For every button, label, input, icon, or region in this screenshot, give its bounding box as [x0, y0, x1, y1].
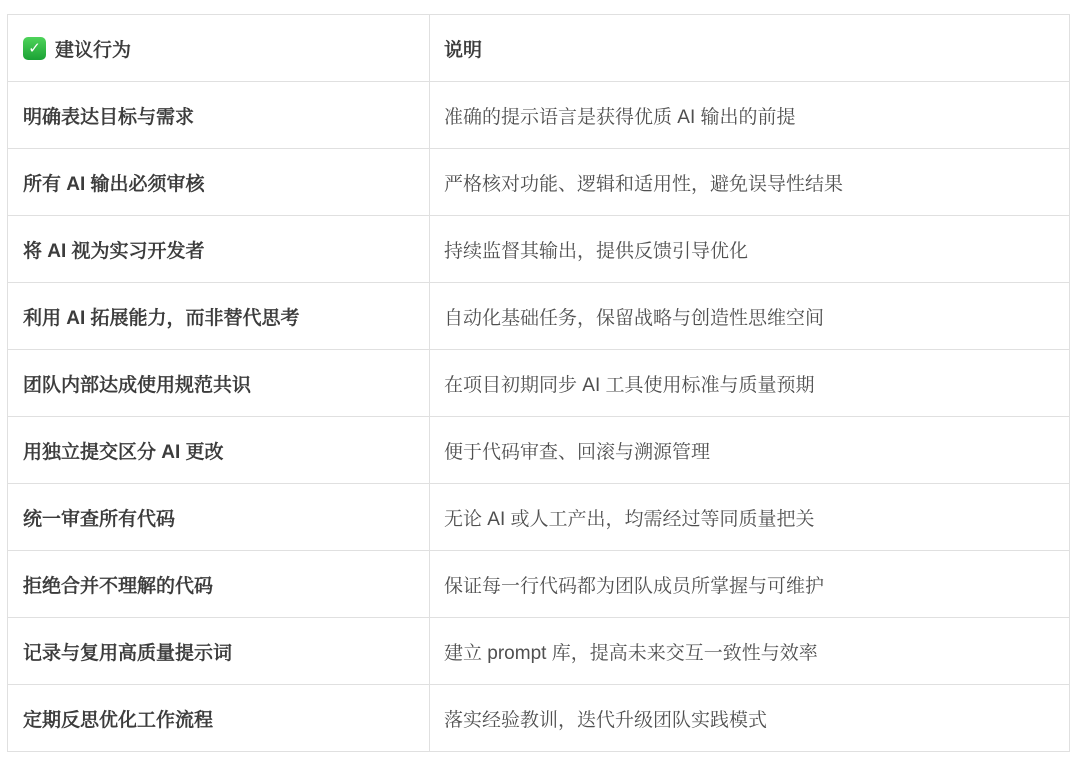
action-cell: 所有 AI 输出必须审核 — [8, 149, 430, 216]
description-cell: 保证每一行代码都为团队成员所掌握与可维护 — [430, 551, 1070, 618]
action-cell: 明确表达目标与需求 — [8, 82, 430, 149]
table-row: 明确表达目标与需求 准确的提示语言是获得优质 AI 输出的前提 — [8, 82, 1070, 149]
description-cell: 建立 prompt 库，提高未来交互一致性与效率 — [430, 618, 1070, 685]
table-row: 团队内部达成使用规范共识 在项目初期同步 AI 工具使用标准与质量预期 — [8, 350, 1070, 417]
description-cell: 严格核对功能、逻辑和适用性，避免误导性结果 — [430, 149, 1070, 216]
action-cell: 将 AI 视为实习开发者 — [8, 216, 430, 283]
description-cell: 无论 AI 或人工产出，均需经过等同质量把关 — [430, 484, 1070, 551]
header-row: ✓ 建议行为 说明 — [8, 15, 1070, 82]
action-cell: 统一审查所有代码 — [8, 484, 430, 551]
header-cell-description: 说明 — [430, 15, 1070, 82]
table-row: 记录与复用高质量提示词 建立 prompt 库，提高未来交互一致性与效率 — [8, 618, 1070, 685]
header-label-actions: 建议行为 — [55, 35, 131, 62]
description-cell: 在项目初期同步 AI 工具使用标准与质量预期 — [430, 350, 1070, 417]
check-glyph: ✓ — [28, 41, 41, 56]
table-row: 将 AI 视为实习开发者 持续监督其输出，提供反馈引导优化 — [8, 216, 1070, 283]
description-cell: 便于代码审查、回滚与溯源管理 — [430, 417, 1070, 484]
header-cell-actions: ✓ 建议行为 — [8, 15, 430, 82]
description-cell: 准确的提示语言是获得优质 AI 输出的前提 — [430, 82, 1070, 149]
description-cell: 持续监督其输出，提供反馈引导优化 — [430, 216, 1070, 283]
table-row: 拒绝合并不理解的代码 保证每一行代码都为团队成员所掌握与可维护 — [8, 551, 1070, 618]
table-row: 统一审查所有代码 无论 AI 或人工产出，均需经过等同质量把关 — [8, 484, 1070, 551]
table-row: 所有 AI 输出必须审核 严格核对功能、逻辑和适用性，避免误导性结果 — [8, 149, 1070, 216]
action-cell: 拒绝合并不理解的代码 — [8, 551, 430, 618]
action-cell: 定期反思优化工作流程 — [8, 685, 430, 752]
table-row: 利用 AI 拓展能力，而非替代思考 自动化基础任务，保留战略与创造性思维空间 — [8, 283, 1070, 350]
action-cell: 用独立提交区分 AI 更改 — [8, 417, 430, 484]
advice-table: ✓ 建议行为 说明 明确表达目标与需求 准确的提示语言是获得优质 AI 输出的前… — [7, 14, 1070, 752]
action-cell: 团队内部达成使用规范共识 — [8, 350, 430, 417]
description-cell: 自动化基础任务，保留战略与创造性思维空间 — [430, 283, 1070, 350]
action-cell: 记录与复用高质量提示词 — [8, 618, 430, 685]
table-row: 用独立提交区分 AI 更改 便于代码审查、回滚与溯源管理 — [8, 417, 1070, 484]
table-row: 定期反思优化工作流程 落实经验教训，迭代升级团队实践模式 — [8, 685, 1070, 752]
header-label-description: 说明 — [444, 40, 482, 61]
description-cell: 落实经验教训，迭代升级团队实践模式 — [430, 685, 1070, 752]
action-cell: 利用 AI 拓展能力，而非替代思考 — [8, 283, 430, 350]
check-mark-icon: ✓ — [23, 37, 46, 60]
